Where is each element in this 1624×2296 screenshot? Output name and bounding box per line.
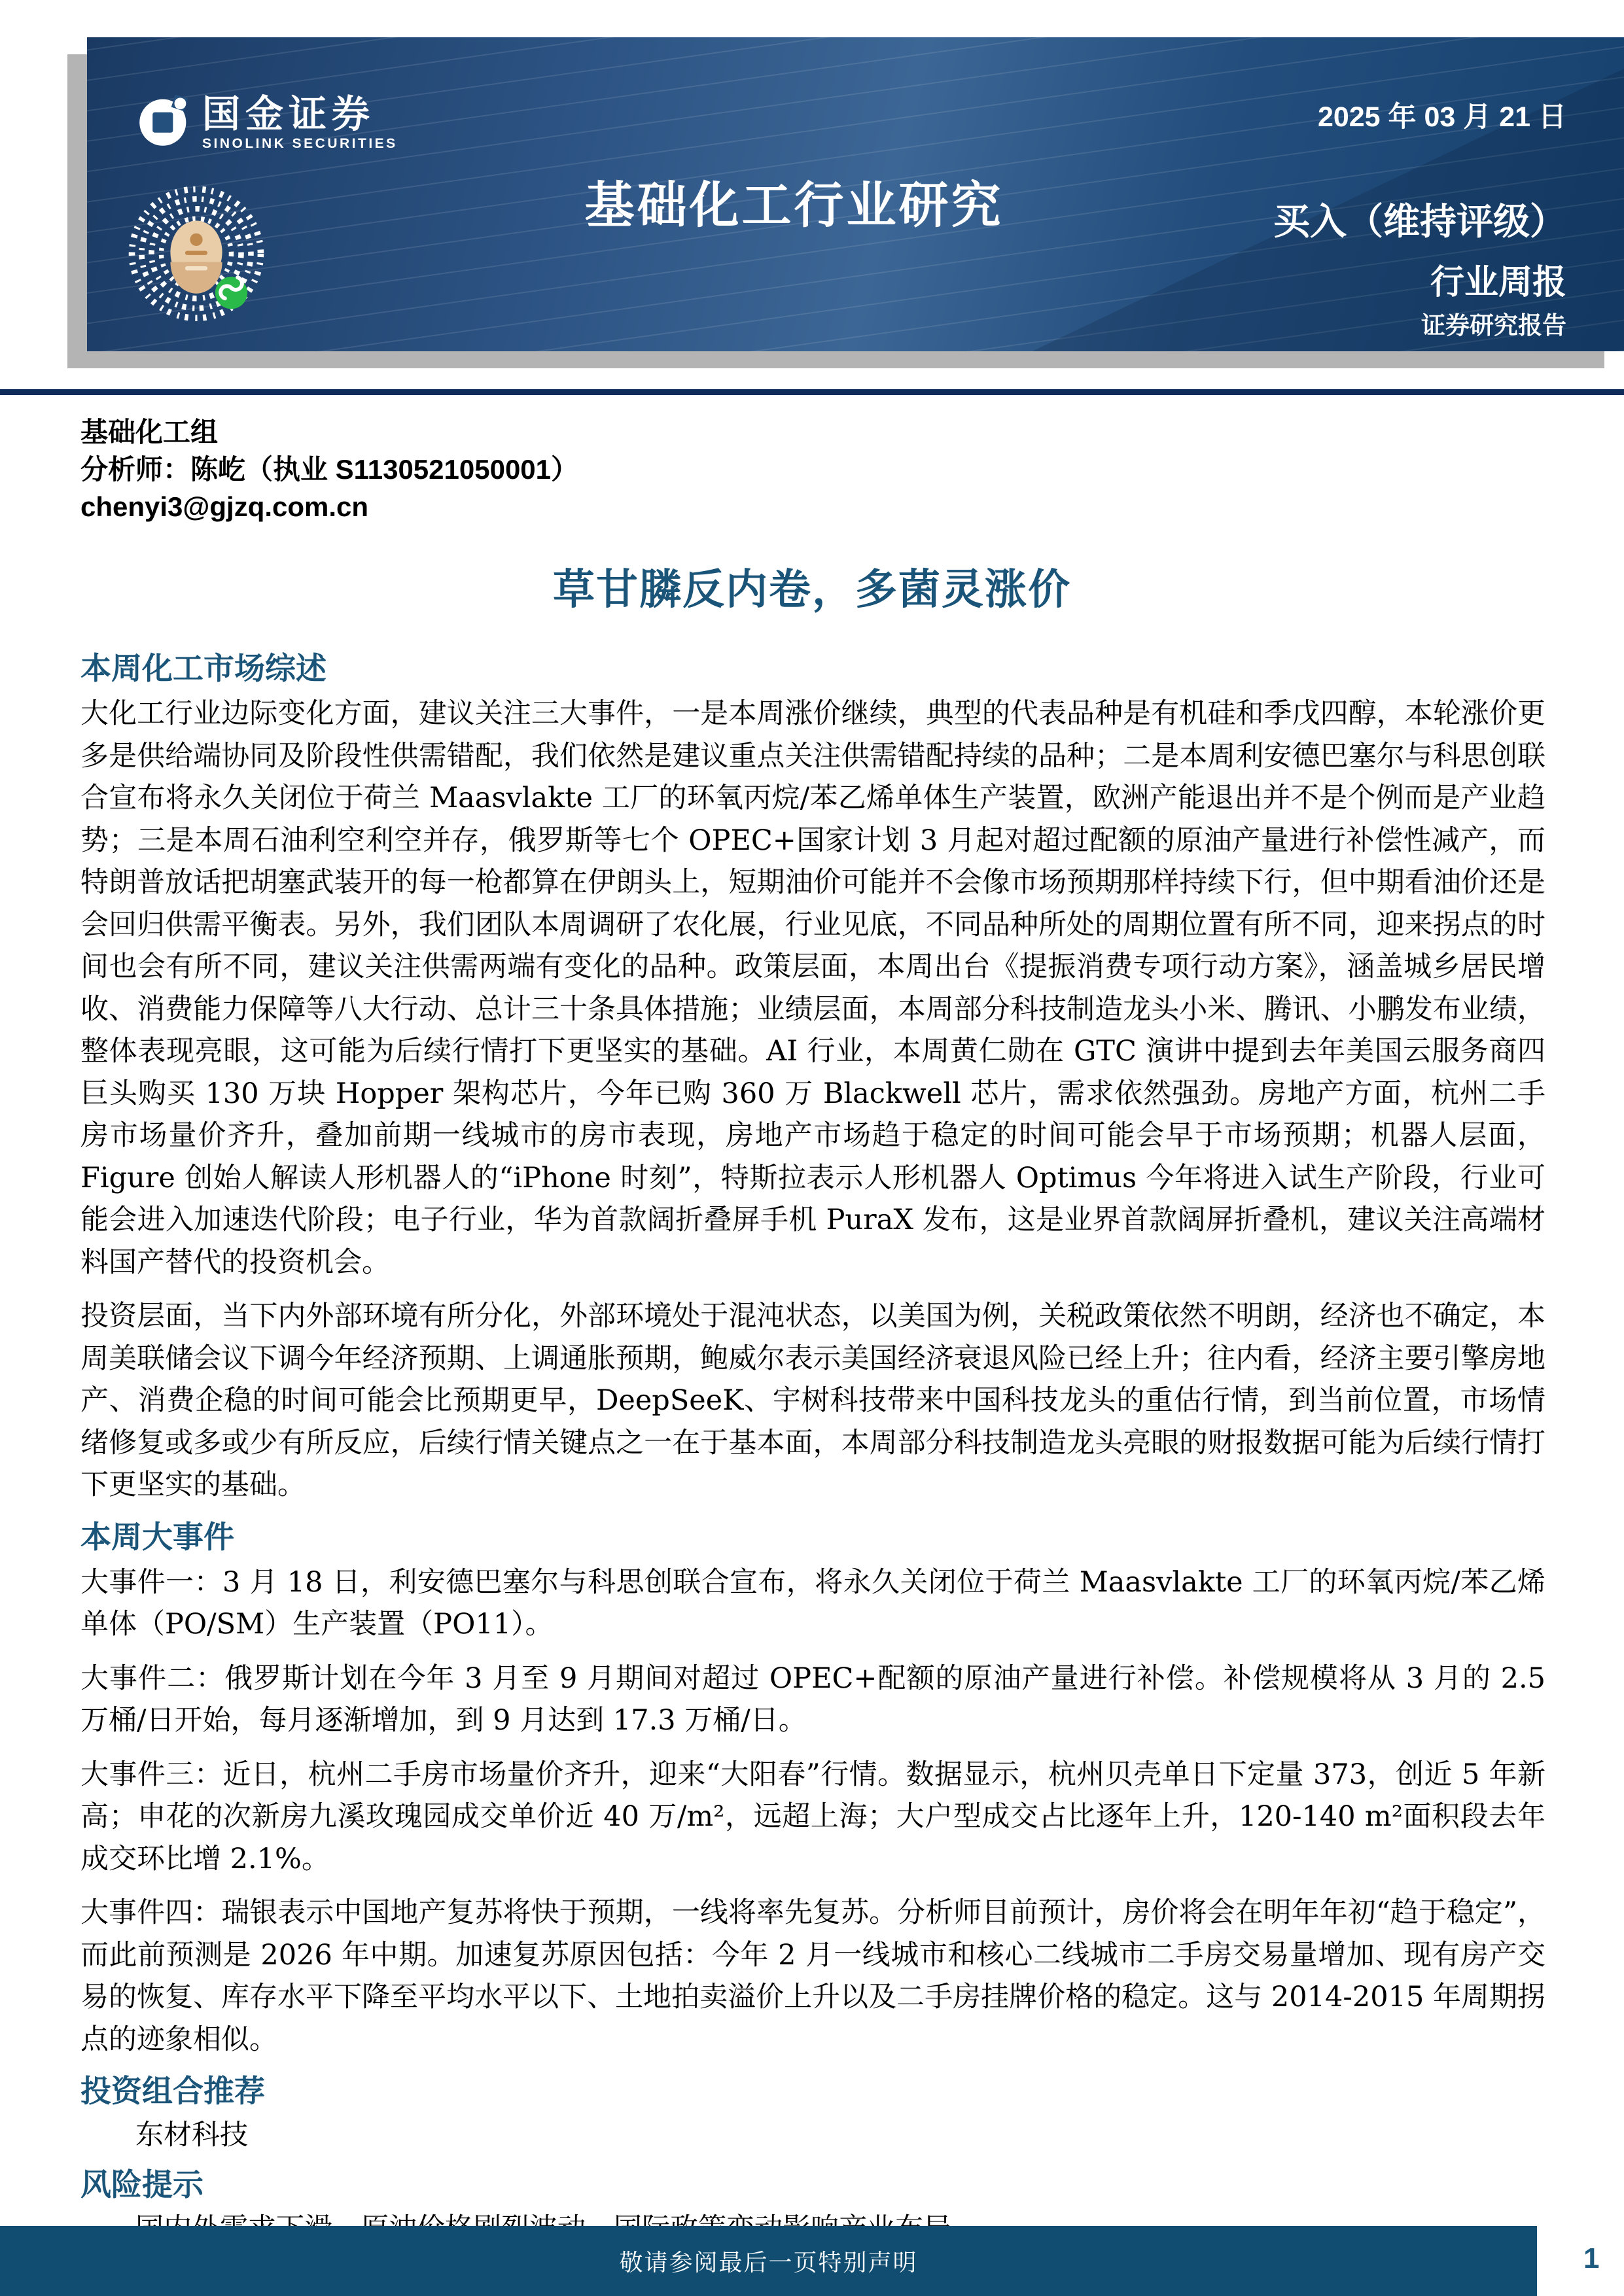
portfolio-recommendation: 东材科技 (80, 2114, 1545, 2157)
report-body: 本周化工市场综述 大化工行业边际变化方面，建议关注三大事件，一是本周涨价继续，典… (80, 650, 1545, 2259)
paragraph-event-1: 大事件一：3 月 18 日，利安德巴塞尔与科思创联合宣布，将永久关闭位于荷兰 M… (80, 1561, 1545, 1646)
section-heading-major-events: 本周大事件 (80, 1518, 1545, 1556)
header-divider (0, 389, 1624, 395)
rating-label: 买入（维持评级） (1273, 193, 1566, 245)
paragraph-event-2: 大事件二：俄罗斯计划在今年 3 月至 9 月期间对超过 OPEC+配额的原油产量… (80, 1658, 1545, 1742)
section-heading-portfolio: 投资组合推荐 (80, 2072, 1545, 2110)
paragraph-event-3: 大事件三：近日，杭州二手房市场量价齐升，迎来“大阳春”行情。数据显示，杭州贝壳单… (80, 1754, 1545, 1881)
analyst-email[interactable]: chenyi3@gjzq.com.cn (80, 488, 578, 525)
analyst-block: 基础化工组 分析师：陈屹（执业 S1130521050001） chenyi3@… (80, 413, 578, 525)
brand-name-cn: 国金证券 (202, 95, 398, 134)
header-banner: 国金证券 SINOLINK SECURITIES (87, 37, 1624, 351)
sinolink-logo-icon (138, 95, 190, 150)
section-heading-risk: 风险提示 (80, 2166, 1545, 2204)
brand-name-en: SINOLINK SECURITIES (202, 134, 398, 154)
analyst-group: 基础化工组 (80, 413, 578, 451)
report-page: 国金证券 SINOLINK SECURITIES (0, 0, 1624, 2296)
page-number: 1 (1583, 2242, 1599, 2275)
report-date: 2025 年 03 月 21 日 (1318, 95, 1566, 135)
paragraph-event-4: 大事件四：瑞银表示中国地产复苏将快于预期，一线将率先复苏。分析师目前预计，房价将… (80, 1892, 1545, 2061)
footer-bar: 敬请参阅最后一页特别声明 (0, 2226, 1537, 2296)
paragraph-market-summary-1: 大化工行业边际变化方面，建议关注三大事件，一是本周涨价继续，典型的代表品种是有机… (80, 693, 1545, 1283)
report-category-label: 证券研究报告 (1421, 305, 1566, 341)
brand-logo: 国金证券 SINOLINK SECURITIES (138, 95, 398, 154)
document-title: 草甘膦反内卷，多菌灵涨价 (0, 556, 1624, 616)
report-type-label: 行业周报 (1430, 254, 1566, 304)
section-heading-market-summary: 本周化工市场综述 (80, 650, 1545, 687)
paragraph-market-summary-2: 投资层面，当下内外部环境有所分化，外部环境处于混沌状态，以美国为例，关税政策依然… (80, 1295, 1545, 1506)
footer-disclaimer: 敬请参阅最后一页特别声明 (619, 2244, 917, 2278)
analyst-name-line: 分析师：陈屹（执业 S1130521050001） (80, 451, 578, 488)
